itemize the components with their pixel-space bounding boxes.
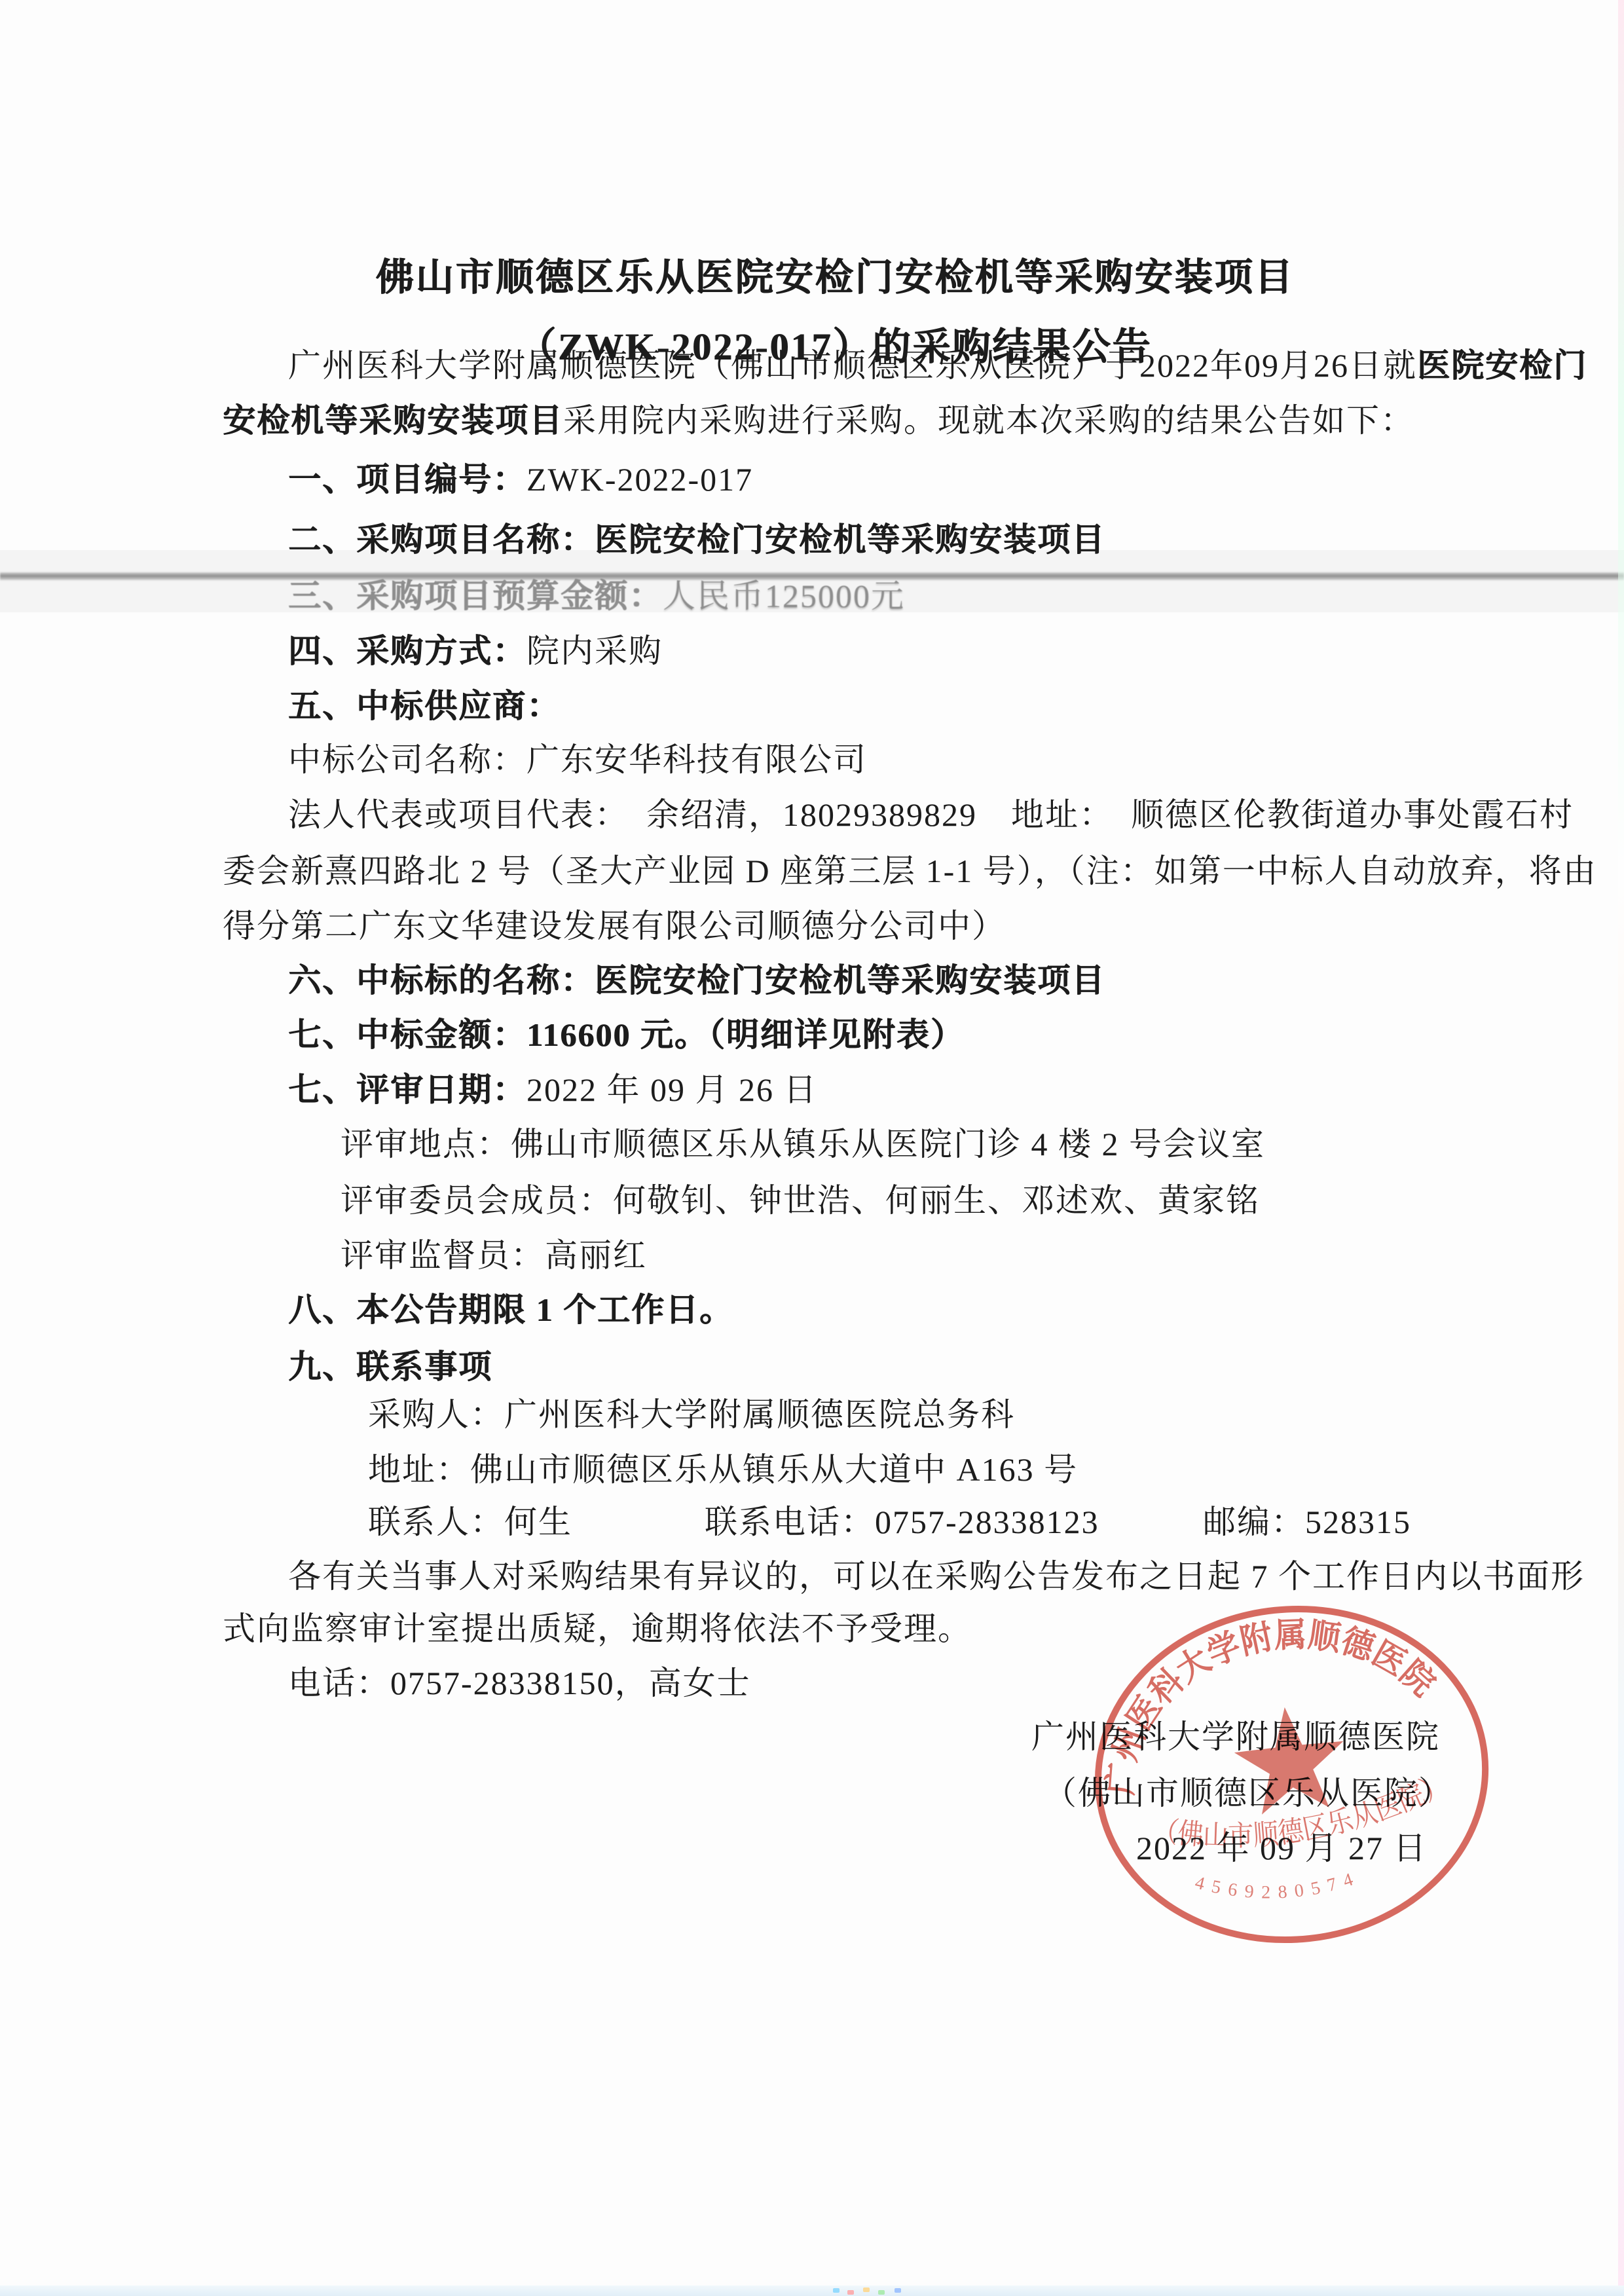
item1-value: ZWK-2022-017	[526, 461, 753, 498]
scan-speck	[833, 2288, 840, 2293]
telephone-line: 电话：0757-28338150，高女士	[223, 1663, 1572, 1703]
scan-speck	[878, 2290, 885, 2295]
winner-rep-line2: 委会新熹四路北 2 号（圣大产业园 D 座第三层 1-1 号），（注：如第一中标…	[223, 851, 1506, 891]
scan-bottom-edge-strip	[0, 2286, 1624, 2296]
winner-company-line: 中标公司名称：广东安华科技有限公司	[223, 740, 1572, 779]
objection-line2: 式向监察审计室提出质疑，逾期将依法不予受理。	[223, 1609, 1506, 1648]
item6-value: 医院安检门安检机等采购安装项目	[595, 962, 1105, 999]
item-contact-matters: 九、联系事项	[223, 1347, 1572, 1386]
review-supervisor-text: 评审监督员：高丽红	[341, 1237, 647, 1274]
item4-value: 院内采购	[526, 633, 663, 669]
contact-address-line: 地址：佛山市顺德区乐从镇乐从大道中 A163 号	[223, 1450, 1624, 1489]
item-project-name: 二、采购项目名称：医院安检门安检机等采购安装项目	[223, 520, 1572, 559]
intro-normal-text: 广州医科大学附属顺德医院（佛山市顺德区乐从医院）于2022年09月26日就	[288, 347, 1417, 384]
review-committee-line: 评审委员会成员：何敬钊、钟世浩、何丽生、邓述欢、黄家铭	[223, 1181, 1624, 1220]
contact-buyer-line: 采购人：广州医科大学附属顺德医院总务科	[223, 1395, 1624, 1434]
item-winning-supplier: 五、中标供应商：	[223, 686, 1572, 726]
item-award-name: 六、中标标的名称：医院安检门安检机等采购安装项目	[223, 961, 1572, 1000]
item2-label: 二、采购项目名称：	[288, 521, 595, 558]
objection-text2: 式向监察审计室提出质疑，逾期将依法不予受理。	[223, 1610, 972, 1647]
item-award-amount: 七、中标金额：116600 元。（明细详见附表）	[223, 1015, 1572, 1054]
winner-rep-text1: 法人代表或项目代表： 余绍清，18029389829 地址： 顺德区伦教街道办事…	[288, 796, 1574, 833]
winner-rep-text2: 委会新熹四路北 2 号（圣大产业园 D 座第三层 1-1 号），（注：如第一中标…	[223, 853, 1597, 889]
intro-paragraph-line1: 广州医科大学附属顺德医院（佛山市顺德区乐从医院）于2022年09月26日就医院安…	[223, 346, 1572, 385]
scan-speck	[863, 2287, 870, 2292]
objection-line1: 各有关当事人对采购结果有异议的，可以在采购公告发布之日起 7 个工作日内以书面形	[223, 1557, 1572, 1596]
item8-text: 八、本公告期限 1 个工作日。	[288, 1291, 733, 1328]
signature-alias-line: （佛山市顺德区乐从医院）	[223, 1773, 1506, 1813]
winner-rep-text3: 得分第二广东文华建设发展有限公司顺德分公司中）	[223, 908, 1006, 944]
scanned-document-page: 佛山市顺德区乐从医院安检门安检机等采购安装项目 （ZWK-2022-017）的采…	[0, 0, 1624, 2296]
intro-paragraph-line2: 安检机等采购安装项目采用院内采购进行采购。现就本次采购的结果公告如下：	[223, 401, 1506, 440]
item7a-label: 七、中标金额：	[288, 1016, 526, 1053]
item-procurement-method: 四、采购方式：院内采购	[223, 631, 1572, 671]
item-budget-faded: 三、采购项目预算金额：人民币125000元	[223, 576, 1572, 616]
item6-label: 六、中标标的名称：	[288, 962, 595, 999]
item1-label: 一、项目编号：	[288, 461, 526, 498]
contact-address-text: 地址：佛山市顺德区乐从镇乐从大道中 A163 号	[368, 1451, 1078, 1488]
review-place-line: 评审地点：佛山市顺德区乐从镇乐从医院门诊 4 楼 2 号会议室	[223, 1124, 1624, 1164]
signature-org-text: 广州医科大学附属顺德医院	[1031, 1717, 1440, 1756]
contact-person-line: 联系人：何生 联系电话：0757-28338123 邮编：528315	[223, 1502, 1506, 1542]
signature-alias-text: （佛山市顺德区乐从医院）	[1044, 1773, 1452, 1813]
objection-text1: 各有关当事人对采购结果有异议的，可以在采购公告发布之日起 7 个工作日内以书面形	[288, 1558, 1585, 1595]
item7a-value: 116600 元。（明细详见附表）	[526, 1016, 965, 1053]
item9-text: 九、联系事项	[288, 1348, 492, 1385]
intro-bold-project-name-cont: 安检机等采购安装项目	[223, 402, 563, 439]
winner-company-text: 中标公司名称：广东安华科技有限公司	[288, 741, 867, 778]
scan-speck	[895, 2288, 901, 2293]
review-place-text: 评审地点：佛山市顺德区乐从镇乐从医院门诊 4 楼 2 号会议室	[341, 1126, 1265, 1162]
item-notice-period: 八、本公告期限 1 个工作日。	[223, 1290, 1572, 1329]
item7b-label: 七、评审日期：	[288, 1071, 526, 1108]
item3-label: 三、采购项目预算金额：	[288, 578, 663, 614]
contact-phone-text: 联系电话：0757-28338123	[705, 1502, 1099, 1542]
item2-value: 医院安检门安检机等采购安装项目	[595, 521, 1105, 558]
item-project-number: 一、项目编号：ZWK-2022-017	[223, 460, 1572, 499]
scan-speck	[847, 2290, 854, 2295]
signature-date-line: 2022 年 09 月 27 日	[223, 1828, 1506, 1868]
telephone-text: 电话：0757-28338150，高女士	[288, 1665, 751, 1701]
item7b-value: 2022 年 09 月 26 日	[526, 1071, 818, 1108]
review-supervisor-line: 评审监督员：高丽红	[223, 1236, 1624, 1275]
contact-postcode-text: 邮编：528315	[1203, 1502, 1411, 1542]
winner-rep-line3: 得分第二广东文华建设发展有限公司顺德分公司中）	[223, 906, 1506, 946]
winner-rep-line1: 法人代表或项目代表： 余绍清，18029389829 地址： 顺德区伦教街道办事…	[223, 795, 1572, 834]
signature-org-line: 广州医科大学附属顺德医院	[223, 1717, 1506, 1756]
item3-value: 人民币125000元	[663, 578, 905, 614]
item-review-date: 七、评审日期：2022 年 09 月 26 日	[223, 1070, 1572, 1109]
review-committee-text: 评审委员会成员：何敬钊、钟世浩、何丽生、邓述欢、黄家铭	[341, 1182, 1260, 1219]
intro-bold-project-name: 医院安检门	[1417, 347, 1587, 384]
item4-label: 四、采购方式：	[288, 633, 526, 669]
signature-date-text: 2022 年 09 月 27 日	[1136, 1828, 1428, 1868]
contact-buyer-text: 采购人：广州医科大学附属顺德医院总务科	[368, 1396, 1015, 1433]
intro-normal-text-cont: 采用院内采购进行采购。现就本次采购的结果公告如下：	[563, 402, 1414, 439]
item5-label: 五、中标供应商：	[288, 688, 561, 724]
contact-person-text: 联系人：何生	[368, 1502, 572, 1542]
